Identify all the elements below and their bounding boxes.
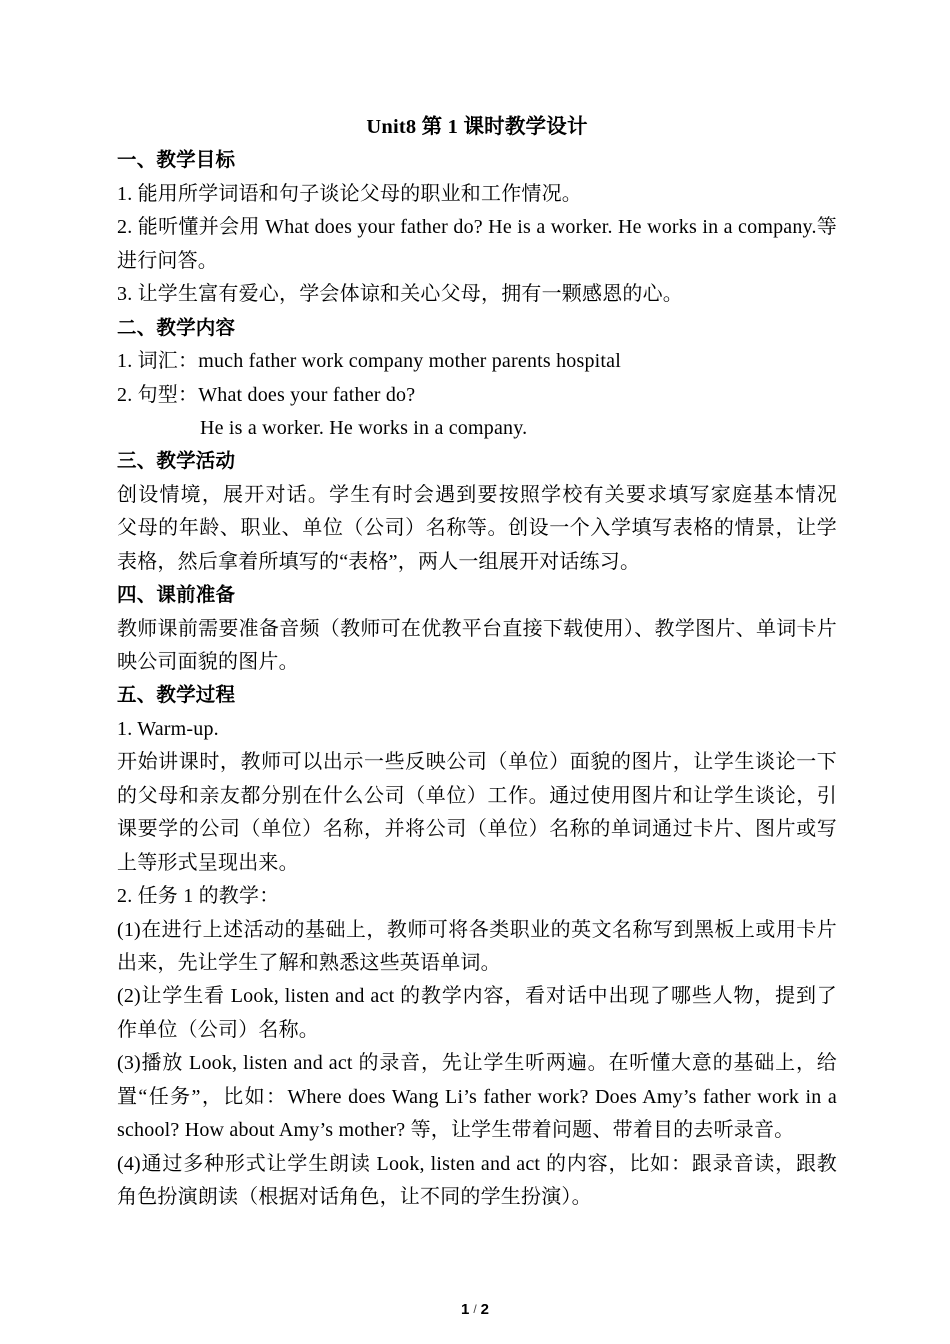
paragraph-line: 进行问答。 — [117, 245, 837, 278]
paragraph-line: (1)在进行上述活动的基础上，教师可将各类职业的英文名称写到黑板上或用卡片展示 — [117, 914, 837, 947]
paragraph-line: 作单位（公司）名称。 — [117, 1014, 837, 1047]
paragraph-line: 2. 能听懂并会用 What does your father do? He i… — [117, 211, 837, 244]
paragraph-line: 教师课前需要准备音频（教师可在优教平台直接下载使用）、教学图片、单词卡片和反 — [117, 613, 837, 646]
paragraph-line: (3)播放 Look, listen and act 的录音，先让学生听两遍。在… — [117, 1047, 837, 1080]
paragraph-line: He is a worker. He works in a company. — [117, 412, 837, 445]
document-body: Unit8 第 1 课时教学设计一、教学目标1. 能用所学词语和句子谈论父母的职… — [117, 111, 837, 1214]
section-heading: 四、课前准备 — [117, 579, 837, 612]
section-heading: 二、教学内容 — [117, 312, 837, 345]
paragraph-line: 开始讲课时，教师可以出示一些反映公司（单位）面貌的图片，让学生谈论一下自己 — [117, 746, 837, 779]
paragraph-line: 表格，然后拿着所填写的“表格”，两人一组展开对话练习。 — [117, 546, 837, 579]
paragraph-line: 1. Warm-up. — [117, 713, 837, 746]
paragraph-line: 2. 句型：What does your father do? — [117, 379, 837, 412]
paragraph-line: 出来，先让学生了解和熟悉这些英语单词。 — [117, 947, 837, 980]
page-footer: 1/2 — [0, 1301, 950, 1318]
paragraph-line: school? How about Amy’s mother? 等，让学生带着问… — [117, 1114, 837, 1147]
section-heading: 五、教学过程 — [117, 679, 837, 712]
document-page: Unit8 第 1 课时教学设计一、教学目标1. 能用所学词语和句子谈论父母的职… — [0, 0, 950, 1344]
paragraph-line: 置“任务”，比如：Where does Wang Li’s father wor… — [117, 1081, 837, 1114]
paragraph-line: 父母的年龄、职业、单位（公司）名称等。创设一个入学填写表格的情景，让学生填写 — [117, 512, 837, 545]
section-heading: 一、教学目标 — [117, 144, 837, 177]
paragraph-line: (2)让学生看 Look, listen and act 的教学内容，看对话中出… — [117, 980, 837, 1013]
paragraph-line: (4)通过多种形式让学生朗读 Look, listen and act 的内容，… — [117, 1148, 837, 1181]
total-page-count: 2 — [481, 1301, 489, 1318]
paragraph-line: 课要学的公司（单位）名称，并将公司（单位）名称的单词通过卡片、图片或写在黑板 — [117, 813, 837, 846]
paragraph-line: 映公司面貌的图片。 — [117, 646, 837, 679]
document-title: Unit8 第 1 课时教学设计 — [117, 111, 837, 144]
paragraph-line: 2. 任务 1 的教学： — [117, 880, 837, 913]
paragraph-line: 1. 词汇：much father work company mother pa… — [117, 345, 837, 378]
paragraph-line: 角色扮演朗读（根据对话角色，让不同的学生扮演）。 — [117, 1181, 837, 1214]
paragraph-line: 的父母和亲友都分别在什么公司（单位）工作。通过使用图片和让学生谈论，引出本节 — [117, 780, 837, 813]
page-separator: / — [469, 1302, 480, 1316]
paragraph-line: 创设情境，展开对话。学生有时会遇到要按照学校有关要求填写家庭基本情况表，包括 — [117, 479, 837, 512]
section-heading: 三、教学活动 — [117, 445, 837, 478]
paragraph-line: 3. 让学生富有爱心，学会体谅和关心父母，拥有一颗感恩的心。 — [117, 278, 837, 311]
paragraph-line: 1. 能用所学词语和句子谈论父母的职业和工作情况。 — [117, 178, 837, 211]
paragraph-line: 上等形式呈现出来。 — [117, 847, 837, 880]
